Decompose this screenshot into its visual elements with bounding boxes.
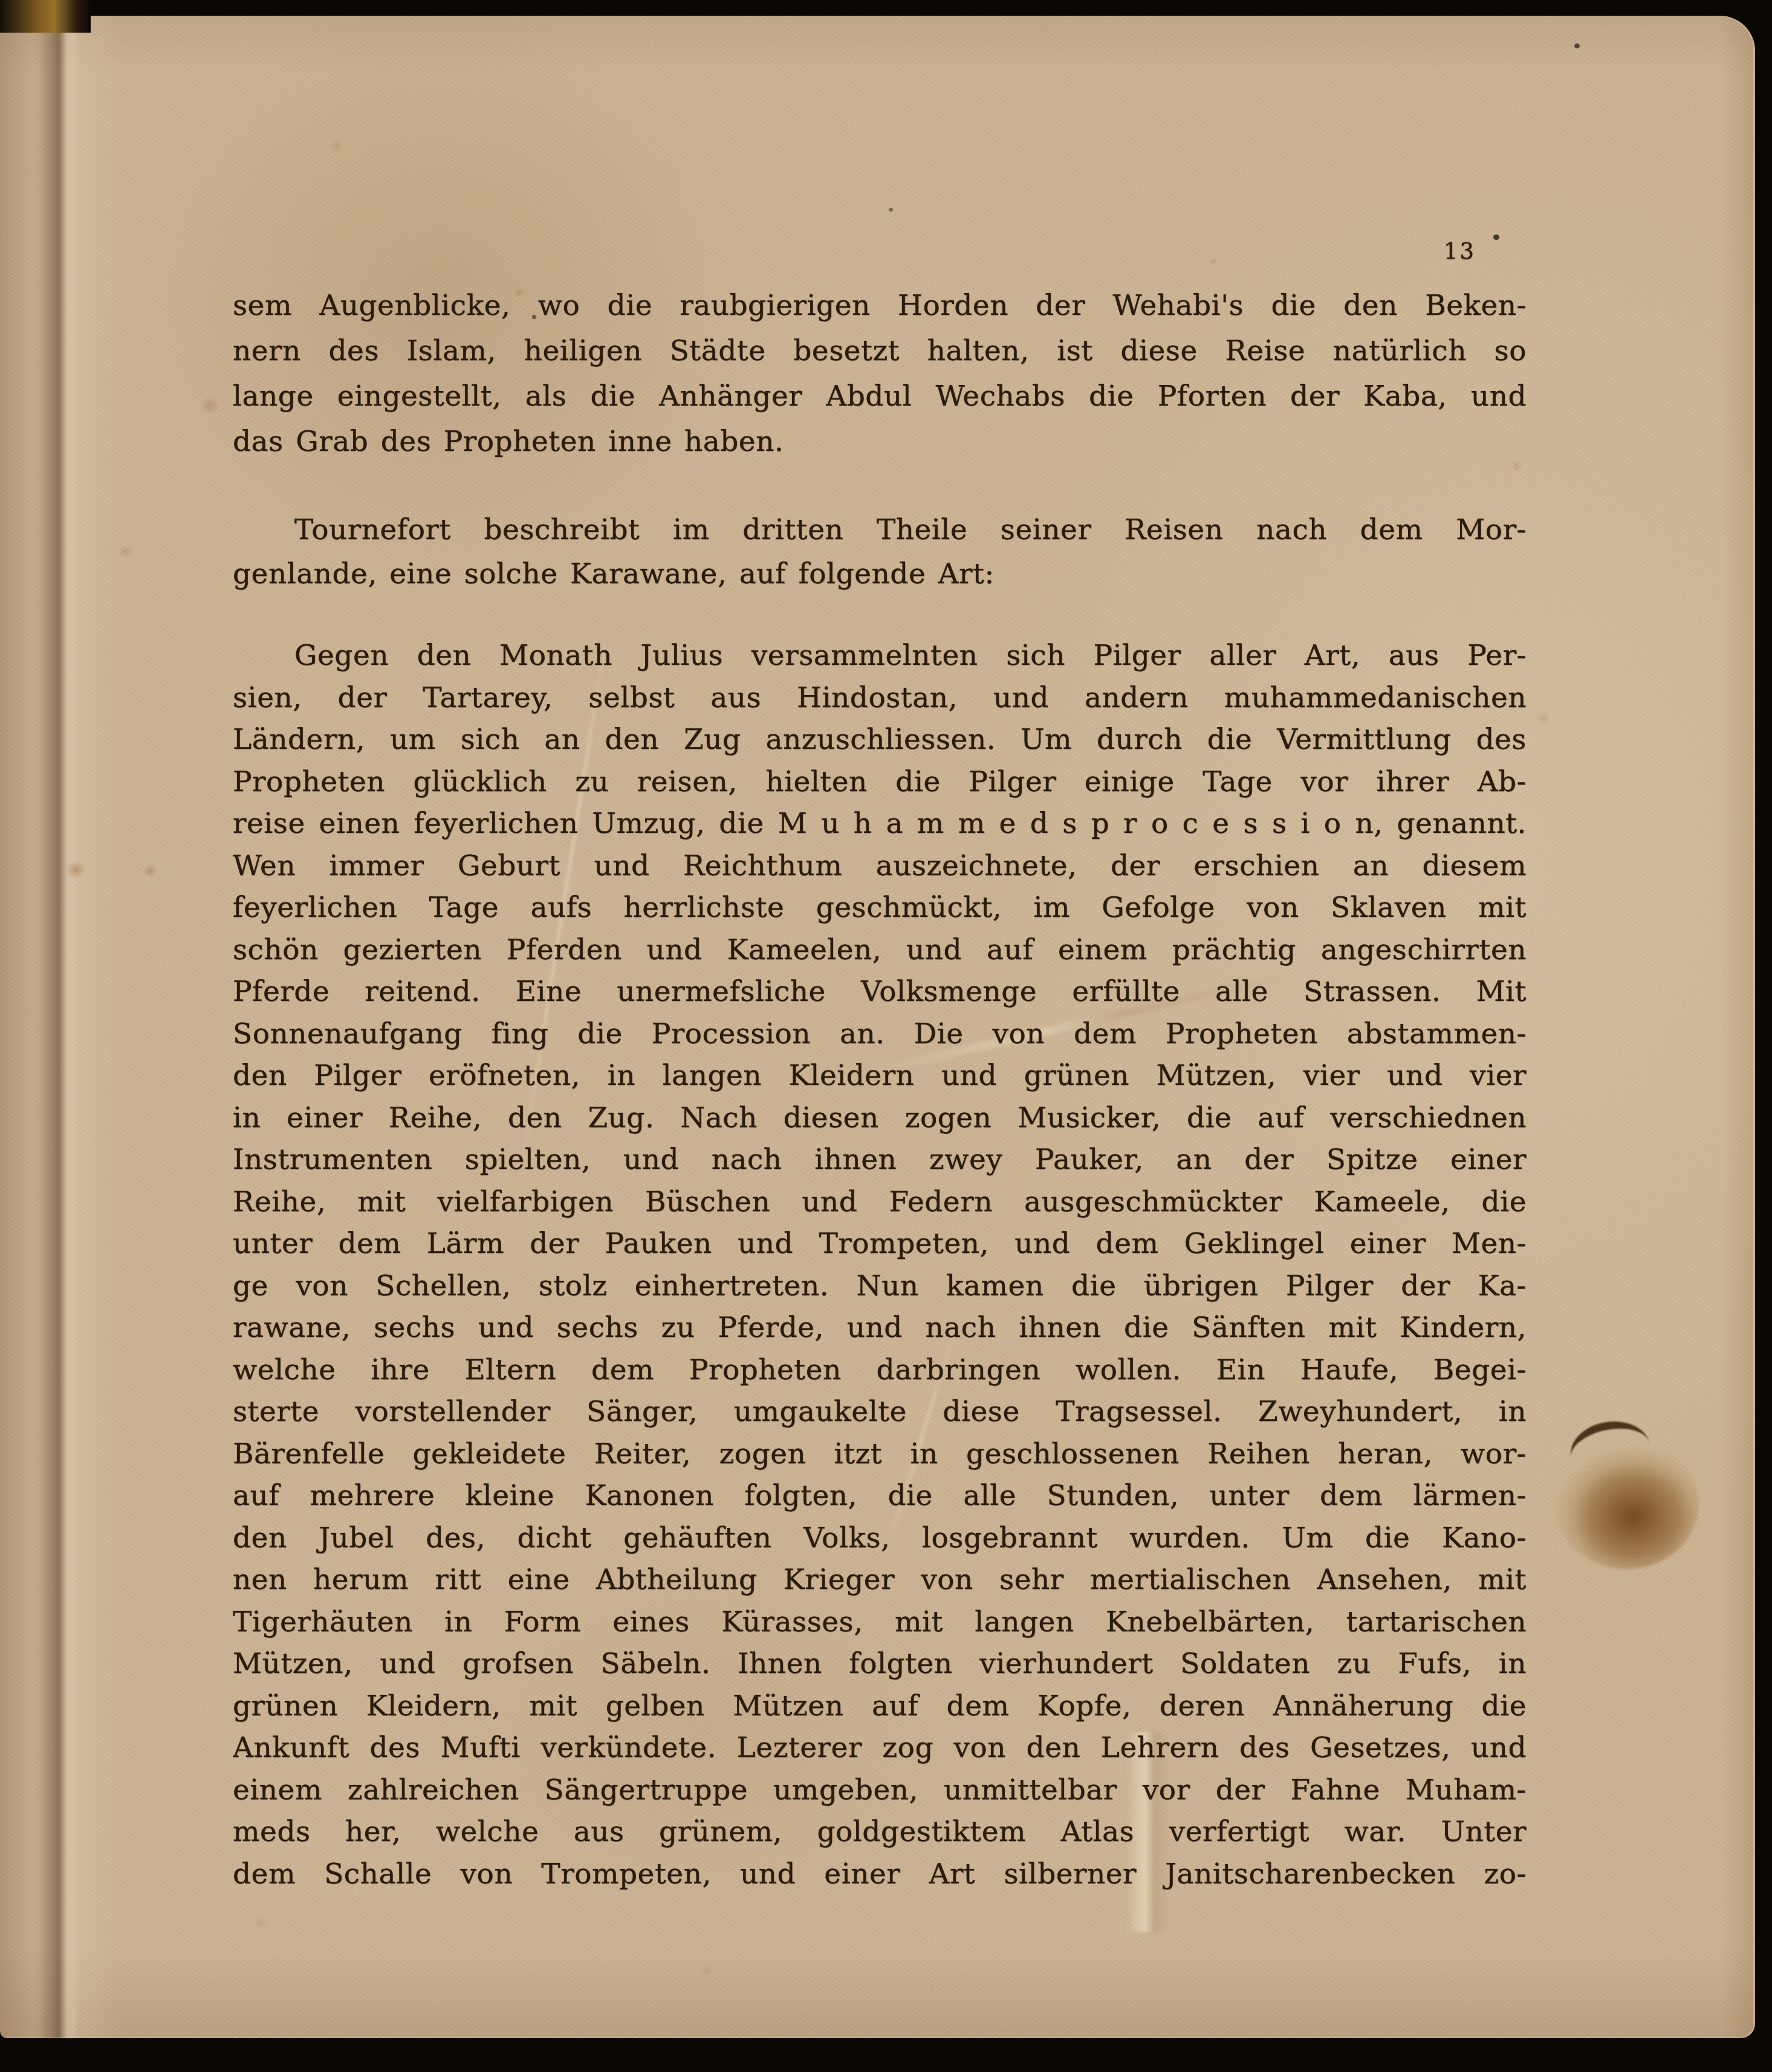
text-line: Tournefort beschreibt im dritten Theile … [233,508,1527,552]
text-line: Gegen den Monath Julius versammelnten si… [233,635,1527,677]
text-line: ge von Schellen, stolz einhertreten. Nun… [233,1265,1527,1307]
text-line: einem zahlreichen Sängertruppe umgeben, … [233,1769,1527,1811]
foxing-spot [118,545,134,559]
text-line: Propheten glücklich zu reisen, hielten d… [233,761,1527,803]
text-line: Tigerhäuten in Form eines Kürasses, mit … [233,1601,1527,1643]
book-page: 13 sem Augenblicke, wo die raubgierigen … [0,16,1755,2038]
paragraph: Tournefort beschreibt im dritten Theile … [233,508,1527,596]
text-line: Ländern, um sich an den Zug anzuschliess… [233,719,1527,761]
foxing-spot [143,864,157,878]
text-line: schön gezierten Pferden und Kameelen, un… [233,929,1527,971]
text-line: unter dem Lärm der Pauken und Trompeten,… [233,1223,1527,1265]
text-line: das Grab des Propheten inne haben. [233,419,1527,464]
foxing-spot [1209,257,1218,265]
foxing-spot [1536,711,1551,725]
text-line: nen herum ritt eine Abtheilung Krieger v… [233,1559,1527,1601]
text-line: reise einen feyerlichen Umzug, die M u h… [233,803,1527,845]
text-line: sem Augenblicke, wo die raubgierigen Hor… [233,283,1527,328]
book-spine-edge [0,0,91,33]
text-line: meds her, welche aus grünem, goldgestikt… [233,1811,1527,1853]
text-line: sien, der Tartarey, selbst aus Hindostan… [233,677,1527,719]
foxing-spot [253,1917,268,1930]
dirt-speck [889,208,893,212]
foxing-spot [200,397,220,415]
dirt-speck [1493,235,1499,240]
text-line: lange eingestellt, als die Anhänger Abdu… [233,374,1527,419]
foxing-spot [700,1965,713,1977]
gutter-crease [34,16,80,2038]
text-line: welche ihre Eltern dem Propheten darbrin… [233,1349,1527,1391]
text-line: den Pilger eröfneten, in langen Kleidern… [233,1055,1527,1097]
foxing-spot [329,140,344,153]
text-line: sterte vorstellender Sänger, umgaukelte … [233,1391,1527,1433]
text-line: Mützen, und grofsen Säbeln. Ihnen folgte… [233,1643,1527,1685]
text-line: Sonnenaufgang fing die Procession an. Di… [233,1013,1527,1055]
text-line: den Jubel des, dicht gehäuften Volks, lo… [233,1517,1527,1559]
text-line: Reihe, mit vielfarbigen Büschen und Fede… [233,1181,1527,1223]
text-line: grünen Kleidern, mit gelben Mützen auf d… [233,1685,1527,1727]
text-line: in einer Reihe, den Zug. Nach diesen zog… [233,1097,1527,1139]
text-line: nern des Islam, heiligen Städte besetzt … [233,328,1527,374]
text-line: Wen immer Geburt und Reichthum auszeichn… [233,845,1527,887]
text-line: genlande, eine solche Karawane, auf folg… [233,552,1527,596]
text-line: Instrumenten spielten, und nach ihnen zw… [233,1139,1527,1181]
text-line: rawane, sechs und sechs zu Pferde, und n… [233,1307,1527,1349]
text-line: feyerlichen Tage aufs herrlichste geschm… [233,887,1527,929]
page-number: 13 [1444,238,1476,264]
text-line: dem Schalle von Trompeten, und einer Art… [233,1853,1527,1896]
foxing-spot [65,861,86,879]
paragraph: sem Augenblicke, wo die raubgierigen Hor… [233,283,1527,464]
scan-background: 13 sem Augenblicke, wo die raubgierigen … [0,0,1772,2072]
text-line: auf mehrere kleine Kanonen folgten, die … [233,1475,1527,1517]
text-line: Bärenfelle gekleidete Reiter, zogen itzt… [233,1433,1527,1475]
dirt-speck [1574,44,1580,48]
text-line: Pferde reitend. Eine unermefsliche Volks… [233,971,1527,1013]
text-line: Ankunft des Mufti verkündete. Lezterer z… [233,1727,1527,1769]
paragraph: Gegen den Monath Julius versammelnten si… [233,635,1527,1895]
